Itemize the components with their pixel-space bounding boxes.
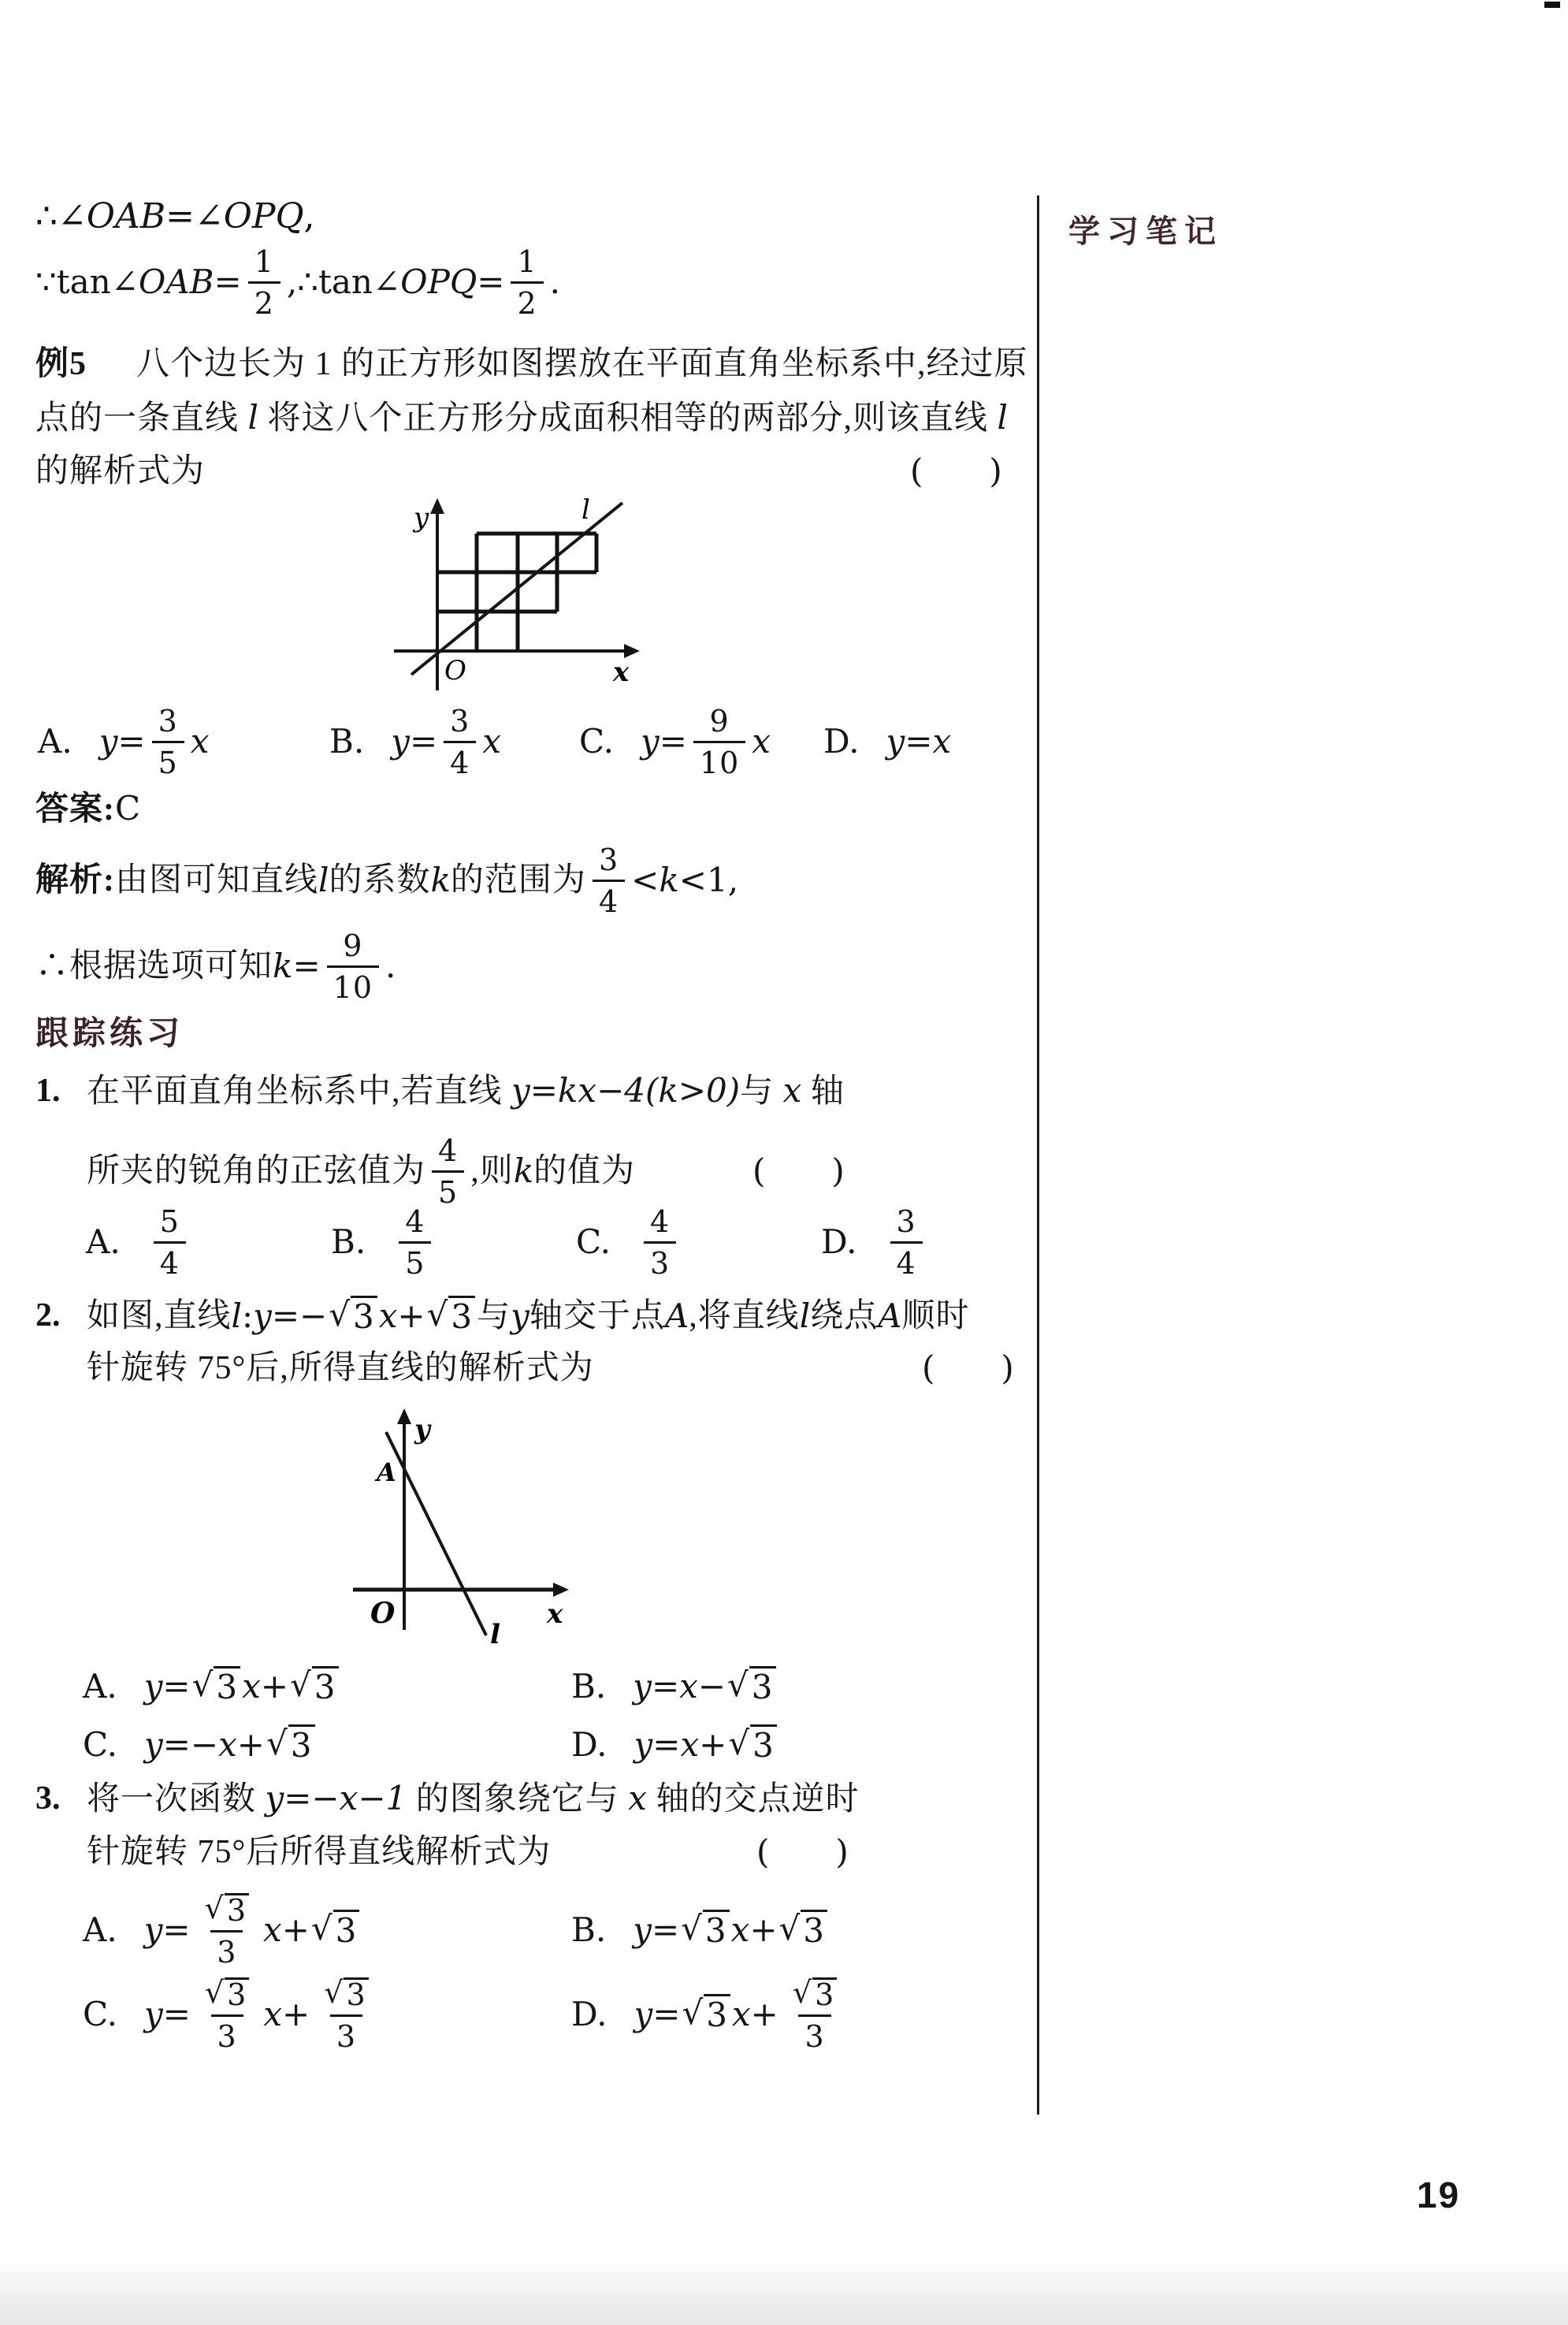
fraction: 34: [890, 1207, 923, 1278]
question3-option-c: C. y= √3 3 x+ √3 3: [83, 1964, 383, 2065]
y-axis-arrow-icon: [430, 498, 444, 514]
analysis-line: 解析: 由图可知直线 l 的系数 k 的范围为 34 <k<1,: [35, 835, 738, 925]
example5-label: 例5: [35, 346, 87, 382]
point-a-label: A: [374, 1457, 396, 1487]
scan-shadow-band: [0, 2260, 1568, 2325]
sqrt-3: √3: [727, 1666, 776, 1706]
origin-label: O: [444, 655, 466, 686]
study-notes-label: 学习笔记: [1068, 206, 1223, 251]
sqrt-3: √3: [728, 1724, 777, 1765]
example5-line-1: 例5 八个边长为 1 的正方形如图摆放在平面直角坐标系中,经过原: [35, 345, 1028, 383]
x-axis-arrow-icon: [553, 1583, 569, 1597]
example5-option-b: B. y= 34 x: [329, 697, 501, 786]
follow-up-heading: 跟踪练习: [35, 1015, 184, 1053]
fraction: 43: [644, 1207, 676, 1278]
fraction: 34: [444, 706, 476, 778]
y-axis-arrow-icon: [397, 1408, 411, 1424]
question2-line-2: 针旋转 75°后,所得直线的解析式为: [87, 1349, 594, 1387]
fraction: 45: [399, 1207, 431, 1278]
fraction-sqrt3-over-3: √3 3: [316, 1977, 376, 2052]
conclusion-line: ∴根据选项可知 k= 910 .: [35, 922, 396, 1010]
fraction-sqrt3-over-3: √3 3: [197, 1977, 257, 2052]
workbook-page: { "meta": { "note_label": "学习笔记", "page_…: [0, 0, 1568, 2325]
example5-option-d: D. y=x: [823, 697, 951, 786]
example5-answer-bracket: ( ): [910, 452, 1002, 490]
sqrt-3: √3: [682, 1994, 730, 2034]
line-l-label: l: [581, 495, 590, 526]
question2-option-b: B. y=x− √3: [571, 1665, 778, 1709]
proof-line-2: ∵tan∠OAB= 12 ,∴tan∠OPQ= 12 .: [35, 236, 560, 328]
sqrt-3: √3: [266, 1724, 315, 1765]
fraction-sqrt3-over-3: √3 3: [197, 1893, 257, 1967]
fraction-sqrt3-over-3: √3 3: [785, 1977, 845, 2052]
question3-option-a: A. y= √3 3 x+ √3: [83, 1884, 361, 1977]
question1-answer-bracket: ( ): [752, 1152, 845, 1190]
line-l-label: l: [490, 1619, 500, 1647]
proof-line-1: ∴∠OAB=∠OPQ,: [35, 197, 315, 237]
question3-option-b: B. y= √3 x+ √3: [571, 1884, 829, 1977]
question1-option-c: C. 43: [576, 1203, 682, 1282]
y-axis-label: y: [412, 502, 429, 534]
fraction: 35: [152, 706, 184, 778]
y-axis-label: y: [414, 1414, 432, 1445]
figure-line-rotation: y x O A l: [347, 1407, 591, 1647]
question3-option-d: D. y= √3 x+ √3 3: [571, 1964, 851, 2065]
fraction: 910: [693, 706, 745, 778]
fraction: 45: [432, 1136, 464, 1207]
question3-number: 3.: [35, 1780, 61, 1817]
answer-line: 答案:C: [35, 790, 140, 828]
question1-line-1: 在平面直角坐标系中,若直线 y=kx−4(k>0)与 x 轴: [87, 1072, 845, 1110]
fraction: 54: [154, 1207, 186, 1278]
question2-option-d: D. y=x+ √3: [571, 1723, 778, 1767]
sqrt-3: √3: [290, 1666, 339, 1706]
example5-line-3: 的解析式为: [35, 452, 205, 490]
question3-line-1: 将一次函数 y=−x−1 的图象绕它与 x 轴的交点逆时: [87, 1780, 859, 1818]
example5-option-c: C. y= 910 x: [579, 697, 771, 786]
sqrt-3: √3: [681, 1910, 730, 1950]
origin-label: O: [370, 1597, 396, 1630]
question3-answer-bracket: ( ): [756, 1833, 849, 1871]
sqrt-3: √3: [192, 1666, 241, 1706]
scan-corner-artifact: [1544, 2, 1560, 8]
question1-option-a: A. 54: [86, 1203, 192, 1282]
question2-number: 2.: [35, 1296, 61, 1334]
question2-option-a: A. y= √3 x+ √3: [83, 1665, 340, 1709]
question2-line-1: 如图,直线 l:y=− √3 x+ √3 与 y 轴交于点 A,将直线 l 绕点…: [87, 1293, 970, 1340]
fraction-one-half: 12: [248, 247, 281, 318]
sqrt-3: √3: [311, 1910, 360, 1950]
example5-line-2: 点的一条直线 l 将这八个正方形分成面积相等的两部分,则该直线 l: [35, 399, 1008, 437]
fraction-one-half: 12: [511, 247, 543, 318]
sqrt-3: √3: [329, 1296, 377, 1336]
x-axis-label: x: [546, 1598, 563, 1630]
example5-option-a: A. y= 35 x: [38, 697, 209, 786]
question1-number: 1.: [35, 1072, 61, 1110]
line-l: [386, 1432, 486, 1635]
sqrt-3: √3: [779, 1910, 828, 1950]
question2-answer-bracket: ( ): [922, 1349, 1014, 1387]
fraction: 910: [327, 931, 379, 1003]
x-axis-label: x: [612, 657, 630, 688]
figure-squares-coordinate-plane: y l O x: [378, 495, 693, 720]
page-number: 19: [1417, 2174, 1460, 2216]
question3-line-2: 针旋转 75°后所得直线解析式为: [87, 1833, 551, 1871]
fraction: 34: [593, 845, 625, 917]
sqrt-3: √3: [427, 1296, 476, 1336]
question1-option-d: D. 34: [821, 1203, 929, 1282]
question2-option-c: C. y=−x+ √3: [83, 1723, 317, 1767]
sidebar-divider-line: [1037, 195, 1039, 2115]
question1-option-b: B. 45: [331, 1203, 437, 1282]
